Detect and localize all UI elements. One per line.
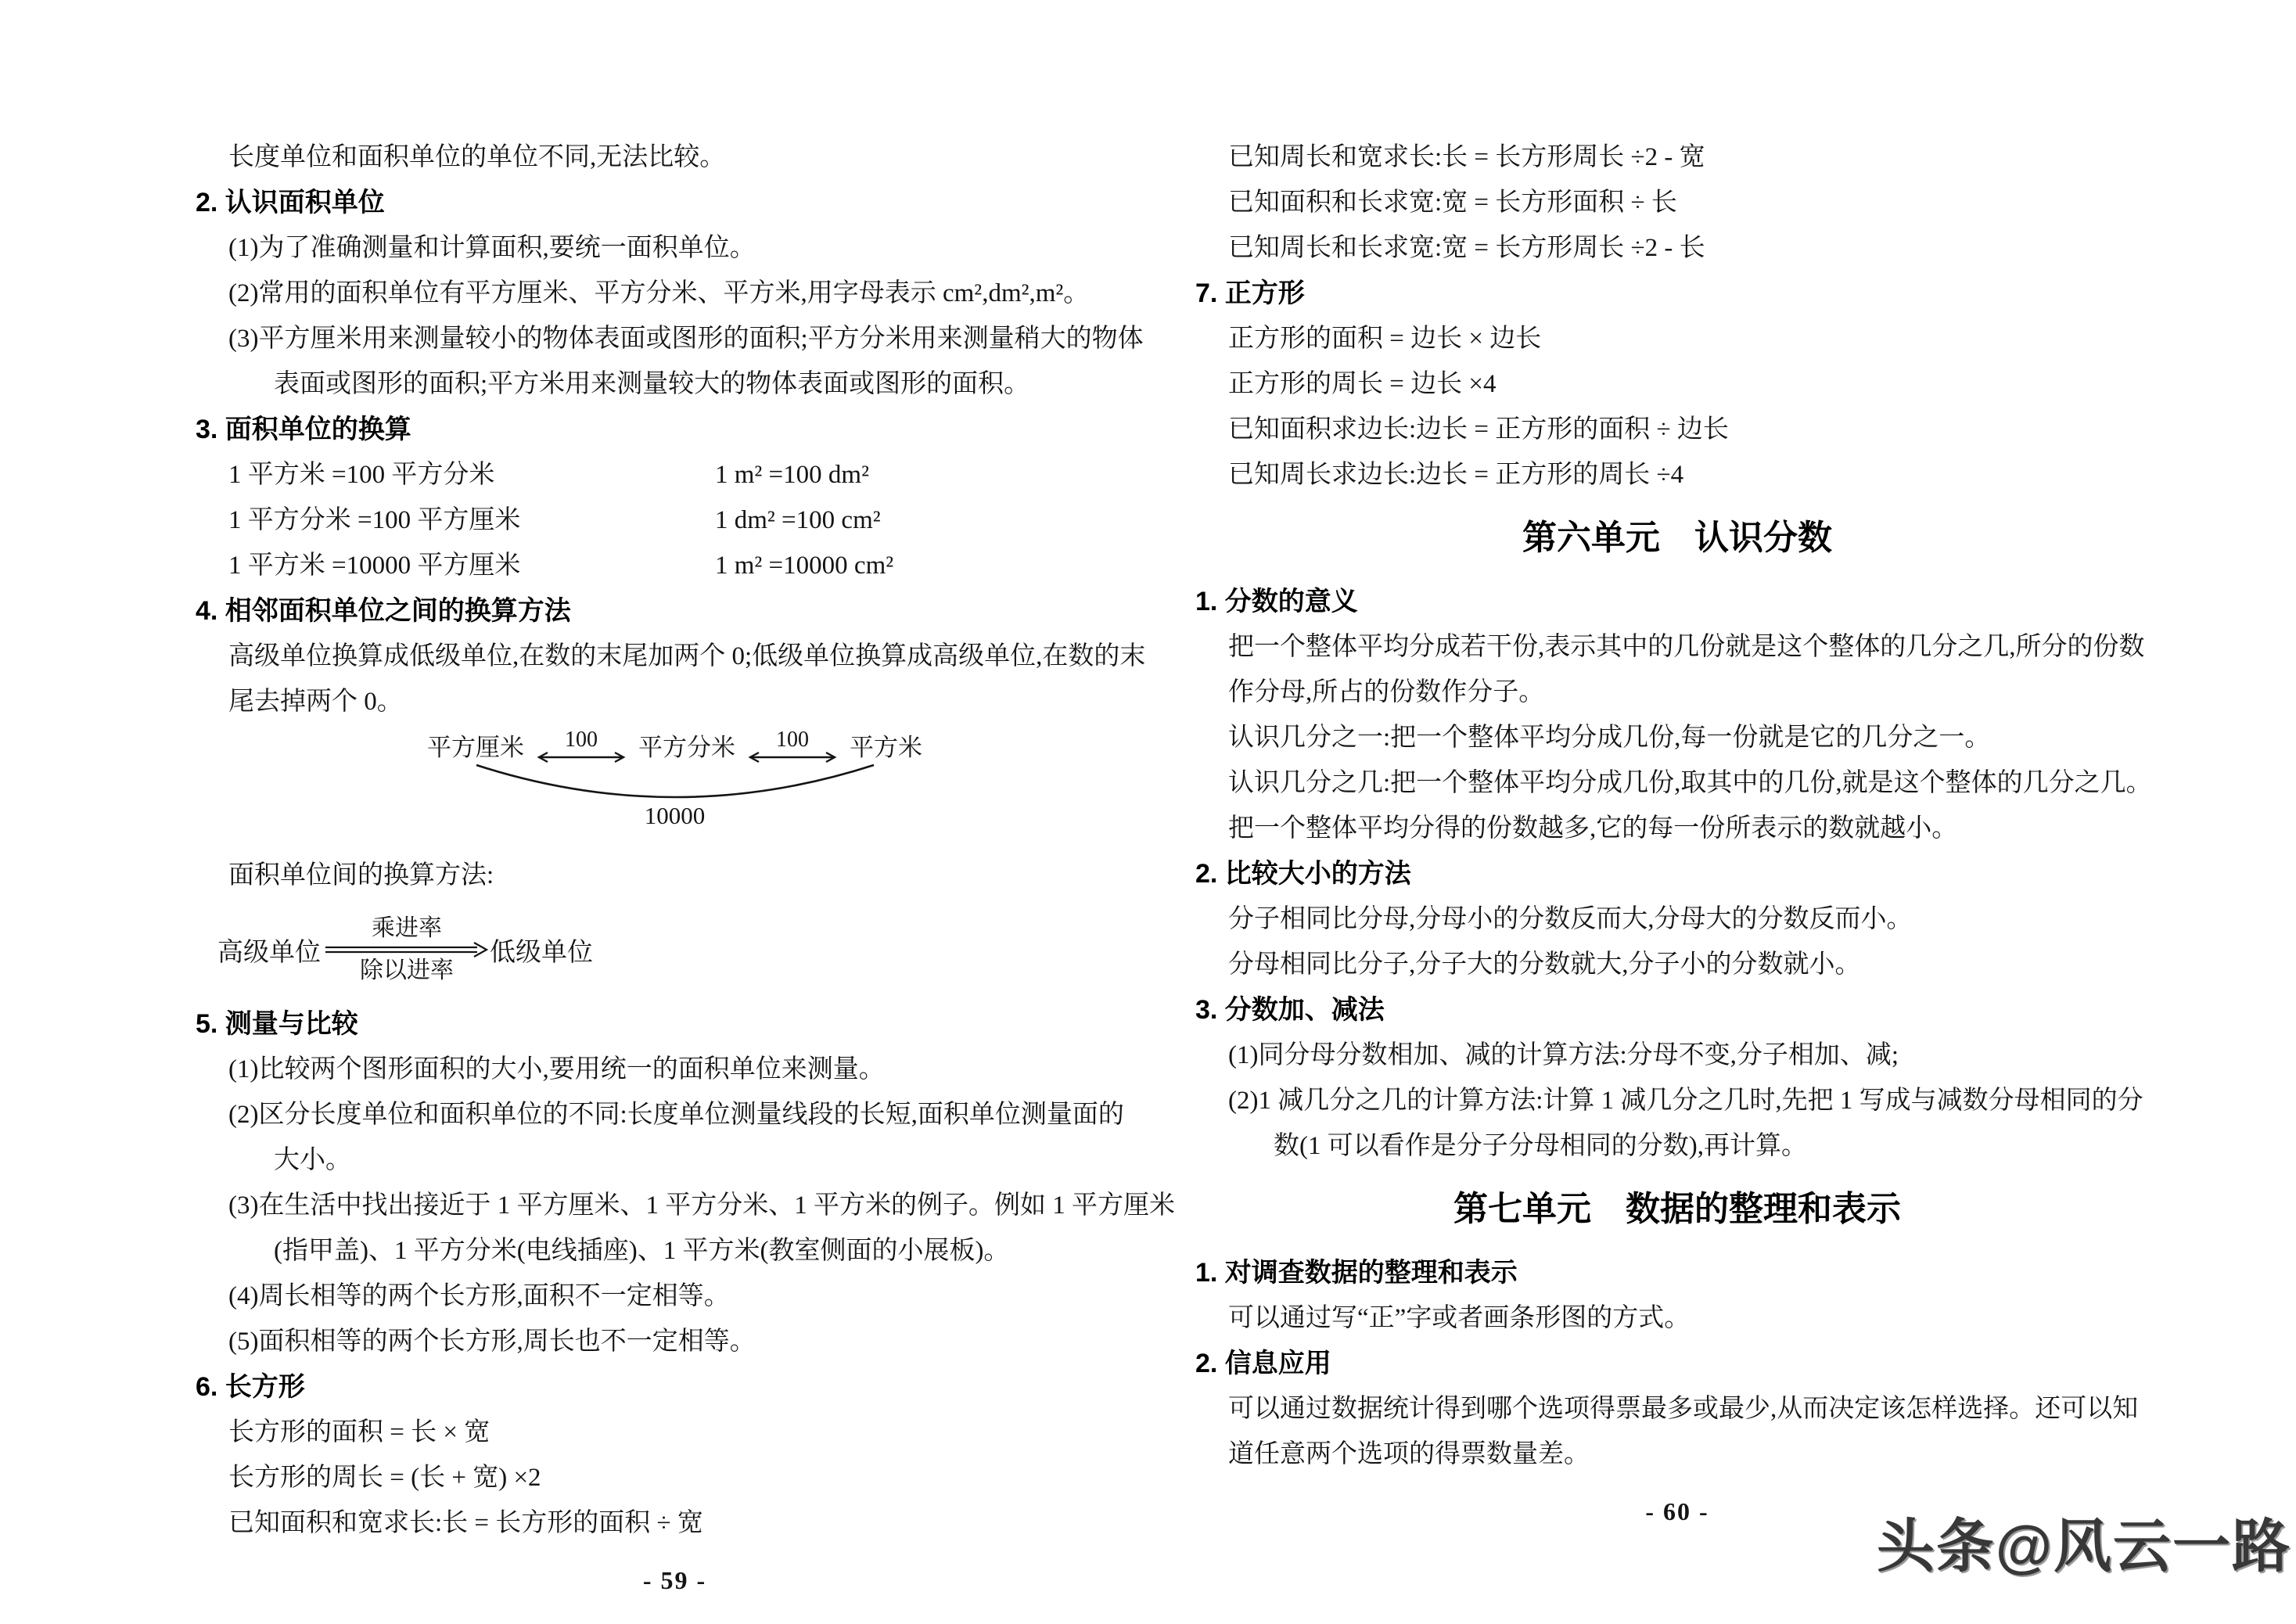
text-line: 尾去掉两个 0。 <box>228 679 1154 724</box>
diagram-unit-dm2: 平方分米 <box>638 732 735 763</box>
double-line-arrow-graphic <box>324 942 490 958</box>
section-heading: 6. 长方形 <box>196 1364 1154 1410</box>
left-page-lines-top: 长度单位和面积单位的单位不同,无法比较。2. 认识面积单位(1)为了准确测量和计… <box>196 135 1154 724</box>
section-heading: 3. 面积单位的换算 <box>196 407 1154 452</box>
text-line: 分母相同比分子,分子大的分数就大,分子小的分数就小。 <box>1228 942 2159 987</box>
right-page: 已知周长和宽求长:长 = 长方形周长 ÷2 - 宽已知面积和长求宽:宽 = 长方… <box>1195 135 2159 1526</box>
text-line: 道任意两个选项的得票数量差。 <box>1228 1432 2159 1477</box>
text-line: 已知周长和宽求长:长 = 长方形周长 ÷2 - 宽 <box>1228 135 2159 180</box>
text-line: 已知周长和长求宽:宽 = 长方形周长 ÷2 - 长 <box>1228 225 2159 271</box>
text-line: 长度单位和面积单位的单位不同,无法比较。 <box>228 135 1154 180</box>
text-line: 把一个整体平均分得的份数越多,它的每一份所表示的数就越小。 <box>1228 806 2159 851</box>
text-line: (2)常用的面积单位有平方厘米、平方分米、平方米,用字母表示 cm²,dm²,m… <box>228 271 1154 316</box>
section-heading: 4. 相邻面积单位之间的换算方法 <box>196 588 1154 634</box>
text-line: 长方形的周长 = (长 + 宽) ×2 <box>228 1455 1154 1500</box>
diagram-rate-100: 100 <box>776 729 809 751</box>
left-page: 长度单位和面积单位的单位不同,无法比较。2. 认识面积单位(1)为了准确测量和计… <box>196 135 1154 1595</box>
section-heading: 5. 测量与比较 <box>196 1001 1154 1047</box>
formula-symbolic: 1 m² =100 dm² <box>715 461 869 489</box>
text-line: (1)同分母分数相加、减的计算方法:分母不变,分子相加、减; <box>1228 1033 2159 1078</box>
text-line: 把一个整体平均分成若干份,表示其中的几份就是这个整体的几分之几,所分的份数 <box>1228 624 2159 670</box>
text-line: 认识几分之几:把一个整体平均分成几份,取其中的几份,就是这个整体的几分之几。 <box>1228 760 2159 806</box>
text-line: (指甲盖)、1 平方分米(电线插座)、1 平方米(教室侧面的小展板)。 <box>274 1228 1154 1274</box>
right-page-lines-top: 已知周长和宽求长:长 = 长方形周长 ÷2 - 宽已知面积和长求宽:宽 = 长方… <box>1195 135 2159 498</box>
section-heading: 2. 比较大小的方法 <box>1195 851 2159 896</box>
text-line: (1)比较两个图形面积的大小,要用统一的面积单位来测量。 <box>228 1047 1154 1092</box>
conversion-multiply-label: 乘进率 <box>372 915 442 942</box>
left-page-lines-bottom: 5. 测量与比较(1)比较两个图形面积的大小,要用统一的面积单位来测量。(2)区… <box>196 1001 1154 1546</box>
diagram-unit-m2: 平方米 <box>850 732 922 763</box>
text-line: (3)在生活中找出接近于 1 平方厘米、1 平方分米、1 平方米的例子。例如 1… <box>228 1183 1154 1228</box>
scanned-textbook-spread: { "document": { "type": "math-study-note… <box>0 0 2296 1624</box>
text-line: 正方形的周长 = 边长 ×4 <box>1228 361 2159 407</box>
conversion-fraction: 乘进率 除以进率 <box>324 915 490 984</box>
text-line: 正方形的面积 = 边长 × 边长 <box>1228 316 2159 361</box>
text-line: 数(1 可以看作是分子分母相同的分数),再计算。 <box>1274 1123 2159 1169</box>
text-line: 面积单位间的换算方法: <box>228 853 1154 898</box>
text-line: 可以通过数据统计得到哪个选项得票最多或最少,从而决定该怎样选择。还可以知 <box>1228 1386 2159 1432</box>
section-heading: 3. 分数加、减法 <box>1195 987 2159 1033</box>
double-arrow-graphic <box>746 751 839 763</box>
text-line: (2)区分长度单位和面积单位的不同:长度单位测量线段的长短,面积单位测量面的 <box>228 1092 1154 1137</box>
text-line: 表面或图形的面积;平方米用来测量较大的物体表面或图形的面积。 <box>274 361 1154 407</box>
section-heading: 1. 分数的意义 <box>1195 579 2159 624</box>
unit-conversion-diagram: 平方厘米 100 平方分米 100 平方米 <box>196 724 1154 853</box>
text-line: 大小。 <box>274 1137 1154 1183</box>
text-line: 1 平方分米 =100 平方厘米1 dm² =100 cm² <box>228 498 1154 543</box>
text-line: (2)1 减几分之几的计算方法:计算 1 减几分之几时,先把 1 写成与减数分母… <box>1228 1078 2159 1123</box>
brace-curve-graphic <box>472 760 879 803</box>
text-line: 作分母,所占的份数作分子。 <box>1228 670 2159 715</box>
text-line: 分子相同比分母,分母小的分数反而大,分母大的分数反而小。 <box>1228 896 2159 942</box>
text-line: 可以通过写“正”字或者画条形图的方式。 <box>1228 1295 2159 1341</box>
formula-chinese: 1 平方分米 =100 平方厘米 <box>228 498 715 543</box>
unit-7-title: 第七单元 数据的整理和表示 <box>1195 1169 2159 1250</box>
page-number-59: - 59 - <box>196 1566 1154 1595</box>
double-arrow-icon: 100 <box>746 729 839 763</box>
formula-symbolic: 1 m² =10000 cm² <box>715 552 893 580</box>
text-line: 已知面积和长求宽:宽 = 长方形面积 ÷ 长 <box>1228 180 2159 225</box>
text-line: 已知面积求边长:边长 = 正方形的面积 ÷ 边长 <box>1228 407 2159 452</box>
text-line: (5)面积相等的两个长方形,周长也不一定相等。 <box>228 1319 1154 1364</box>
text-line: 已知面积和宽求长:长 = 长方形的面积 ÷ 宽 <box>228 1500 1154 1546</box>
left-page-lines-middle: 面积单位间的换算方法: <box>196 853 1154 898</box>
text-line: 长方形的面积 = 长 × 宽 <box>228 1410 1154 1455</box>
watermark-toutiao: 头条@风云一路 <box>1877 1500 2291 1583</box>
text-line: 1 平方米 =100 平方分米1 m² =100 dm² <box>228 452 1154 498</box>
conversion-right-term: 低级单位 <box>490 932 593 968</box>
diagram-units-row: 平方厘米 100 平方分米 100 平方米 <box>196 729 1154 763</box>
text-line: 认识几分之一:把一个整体平均分成几份,每一份就是它的几分之一。 <box>1228 715 2159 760</box>
text-line: 已知周长求边长:边长 = 正方形的周长 ÷4 <box>1228 452 2159 498</box>
text-line: 1 平方米 =10000 平方厘米1 m² =10000 cm² <box>228 543 1154 588</box>
section-heading: 1. 对调查数据的整理和表示 <box>1195 1250 2159 1295</box>
formula-symbolic: 1 dm² =100 cm² <box>715 506 881 534</box>
diagram-total-rate: 10000 <box>196 803 1154 829</box>
text-line: (4)周长相等的两个长方形,面积不一定相等。 <box>228 1274 1154 1319</box>
text-line: 高级单位换算成低级单位,在数的末尾加两个 0;低级单位换算成高级单位,在数的末 <box>228 634 1154 679</box>
diagram-rate-100: 100 <box>565 729 598 751</box>
text-line: (1)为了准确测量和计算面积,要统一面积单位。 <box>228 225 1154 271</box>
unit-6-title: 第六单元 认识分数 <box>1195 498 2159 579</box>
conversion-left-term: 高级单位 <box>217 932 321 968</box>
double-arrow-graphic <box>535 751 627 763</box>
double-arrow-icon: 100 <box>535 729 627 763</box>
conversion-divide-label: 除以进率 <box>360 958 454 984</box>
right-page-lines-middle: 1. 分数的意义把一个整体平均分成若干份,表示其中的几份就是这个整体的几分之几,… <box>1195 579 2159 1169</box>
right-page-lines-bottom: 1. 对调查数据的整理和表示可以通过写“正”字或者画条形图的方式。2. 信息应用… <box>1195 1250 2159 1477</box>
section-heading: 2. 信息应用 <box>1195 1341 2159 1386</box>
formula-chinese: 1 平方米 =100 平方分米 <box>228 452 715 498</box>
section-heading: 2. 认识面积单位 <box>196 180 1154 225</box>
conversion-formula: 高级单位 乘进率 除以进率 低级单位 <box>217 898 1154 1001</box>
text-line: (3)平方厘米用来测量较小的物体表面或图形的面积;平方分米用来测量稍大的物体 <box>228 316 1154 361</box>
formula-chinese: 1 平方米 =10000 平方厘米 <box>228 543 715 588</box>
diagram-unit-cm2: 平方厘米 <box>427 732 524 763</box>
section-heading: 7. 正方形 <box>1195 271 2159 316</box>
